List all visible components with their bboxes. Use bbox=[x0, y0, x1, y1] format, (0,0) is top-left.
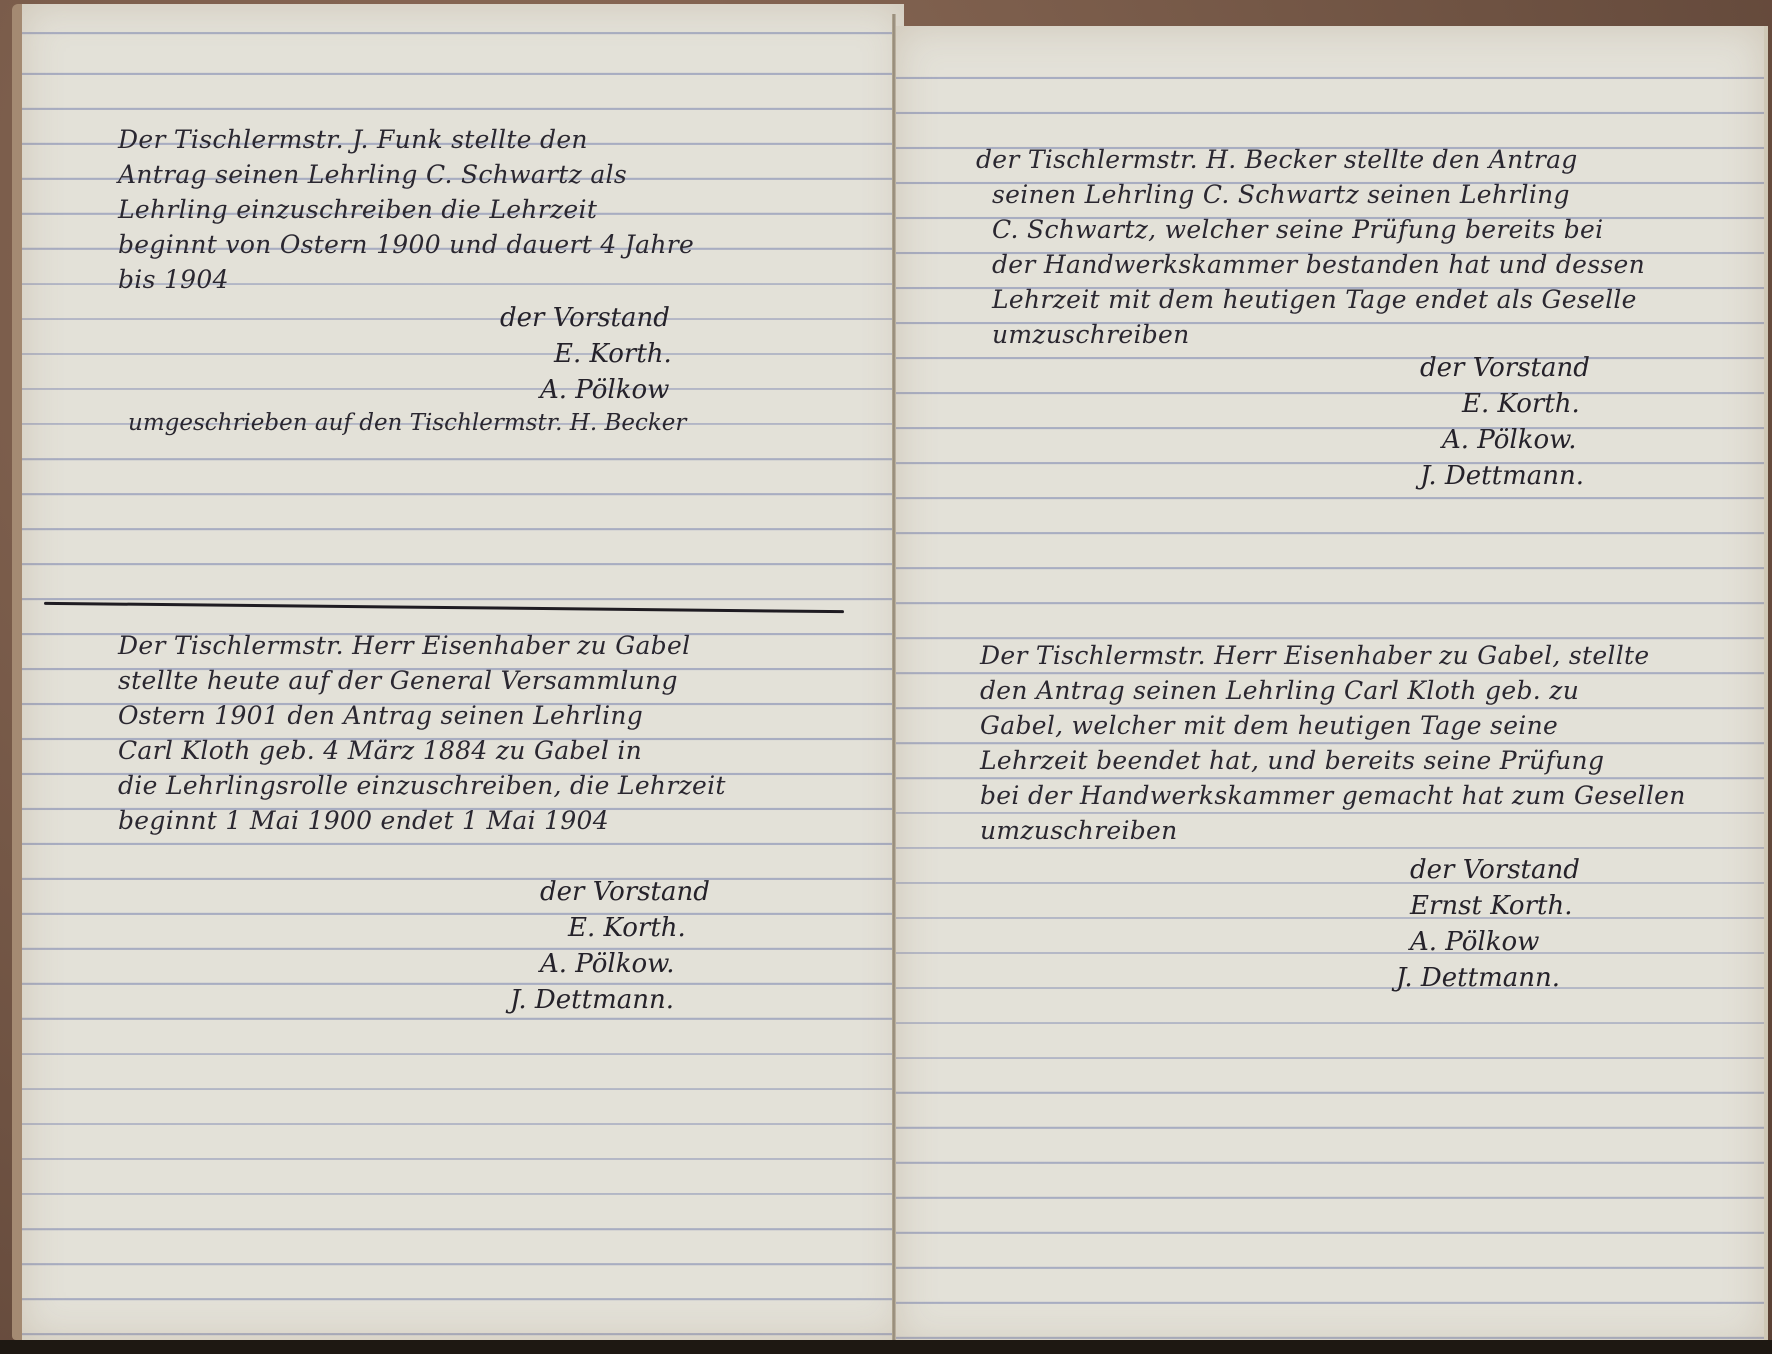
signature-name: E. Korth. bbox=[500, 336, 672, 372]
text-line: Der Tischlermstr. J. Funk stellte den bbox=[118, 122, 694, 157]
text-line: Ostern 1901 den Antrag seinen Lehrling bbox=[118, 698, 726, 733]
text-line: Lehrzeit beendet hat, und bereits seine … bbox=[980, 743, 1686, 778]
text-line: Lehrzeit mit dem heutigen Tage endet als… bbox=[976, 282, 1645, 317]
text-line: Der Tischlermstr. Herr Eisenhaber zu Gab… bbox=[118, 628, 726, 663]
text-line: beginnt von Ostern 1900 und dauert 4 Jah… bbox=[118, 227, 694, 262]
signature-name: Ernst Korth. bbox=[1410, 888, 1580, 924]
text-line: Lehrling einzuschreiben die Lehrzeit bbox=[118, 192, 694, 227]
signature-name: A. Pölkow. bbox=[540, 946, 710, 982]
text-line: Gabel, welcher mit dem heutigen Tage sei… bbox=[980, 708, 1686, 743]
left-entry-1-signature-block: der Vorstand E. Korth. A. Pölkow bbox=[500, 300, 672, 408]
right-entry-1-text: der Tischlermstr. H. Becker stellte den … bbox=[976, 142, 1645, 352]
text-line: die Lehrlingsrolle einzuschreiben, die L… bbox=[118, 768, 726, 803]
text-line: der Handwerkskammer bestanden hat und de… bbox=[976, 247, 1645, 282]
signature-name: E. Korth. bbox=[1420, 386, 1590, 422]
signature-name: A. Pölkow bbox=[500, 372, 672, 408]
right-entry-2-signature-block: der Vorstand Ernst Korth. A. Pölkow J. D… bbox=[1410, 852, 1580, 996]
text-line: beginnt 1 Mai 1900 endet 1 Mai 1904 bbox=[118, 803, 726, 838]
book-bottom-shadow bbox=[0, 1340, 1772, 1354]
signature-title: der Vorstand bbox=[500, 300, 672, 336]
left-entry-1-transfer-note: umgeschrieben auf den Tischlermstr. H. B… bbox=[128, 410, 686, 436]
signature-name: J. Dettmann. bbox=[510, 982, 710, 1018]
signature-title: der Vorstand bbox=[1420, 350, 1590, 386]
right-entry-2-text: Der Tischlermstr. Herr Eisenhaber zu Gab… bbox=[980, 638, 1686, 848]
text-line: seinen Lehrling C. Schwartz seinen Lehrl… bbox=[976, 177, 1645, 212]
signature-name: J. Dettmann. bbox=[1396, 960, 1580, 996]
right-entry-1-signature-block: der Vorstand E. Korth. A. Pölkow. J. Det… bbox=[1420, 350, 1590, 494]
left-entry-2-text: Der Tischlermstr. Herr Eisenhaber zu Gab… bbox=[118, 628, 726, 838]
text-line: stellte heute auf der General Versammlun… bbox=[118, 663, 726, 698]
text-line: Der Tischlermstr. Herr Eisenhaber zu Gab… bbox=[980, 638, 1686, 673]
text-line: Carl Kloth geb. 4 März 1884 zu Gabel in bbox=[118, 733, 726, 768]
signature-title: der Vorstand bbox=[1410, 852, 1580, 888]
text-line: umzuschreiben bbox=[980, 813, 1686, 848]
signature-name: A. Pölkow bbox=[1410, 924, 1580, 960]
text-line: den Antrag seinen Lehrling Carl Kloth ge… bbox=[980, 673, 1686, 708]
open-ledger-book: Der Tischlermstr. J. Funk stellte den An… bbox=[0, 0, 1772, 1354]
text-line: Antrag seinen Lehrling C. Schwartz als bbox=[118, 157, 694, 192]
signature-name: A. Pölkow. bbox=[1420, 422, 1590, 458]
text-line: bis 1904 bbox=[118, 262, 694, 297]
text-line: C. Schwartz, welcher seine Prüfung berei… bbox=[976, 212, 1645, 247]
signature-title: der Vorstand bbox=[540, 874, 710, 910]
signature-name: J. Dettmann. bbox=[1420, 458, 1590, 494]
text-line: bei der Handwerkskammer gemacht hat zum … bbox=[980, 778, 1686, 813]
text-line: umzuschreiben bbox=[976, 317, 1645, 352]
left-entry-1-text: Der Tischlermstr. J. Funk stellte den An… bbox=[118, 122, 694, 297]
left-entry-2-signature-block: der Vorstand E. Korth. A. Pölkow. J. Det… bbox=[540, 874, 710, 1018]
text-line: der Tischlermstr. H. Becker stellte den … bbox=[976, 142, 1645, 177]
signature-name: E. Korth. bbox=[540, 910, 710, 946]
